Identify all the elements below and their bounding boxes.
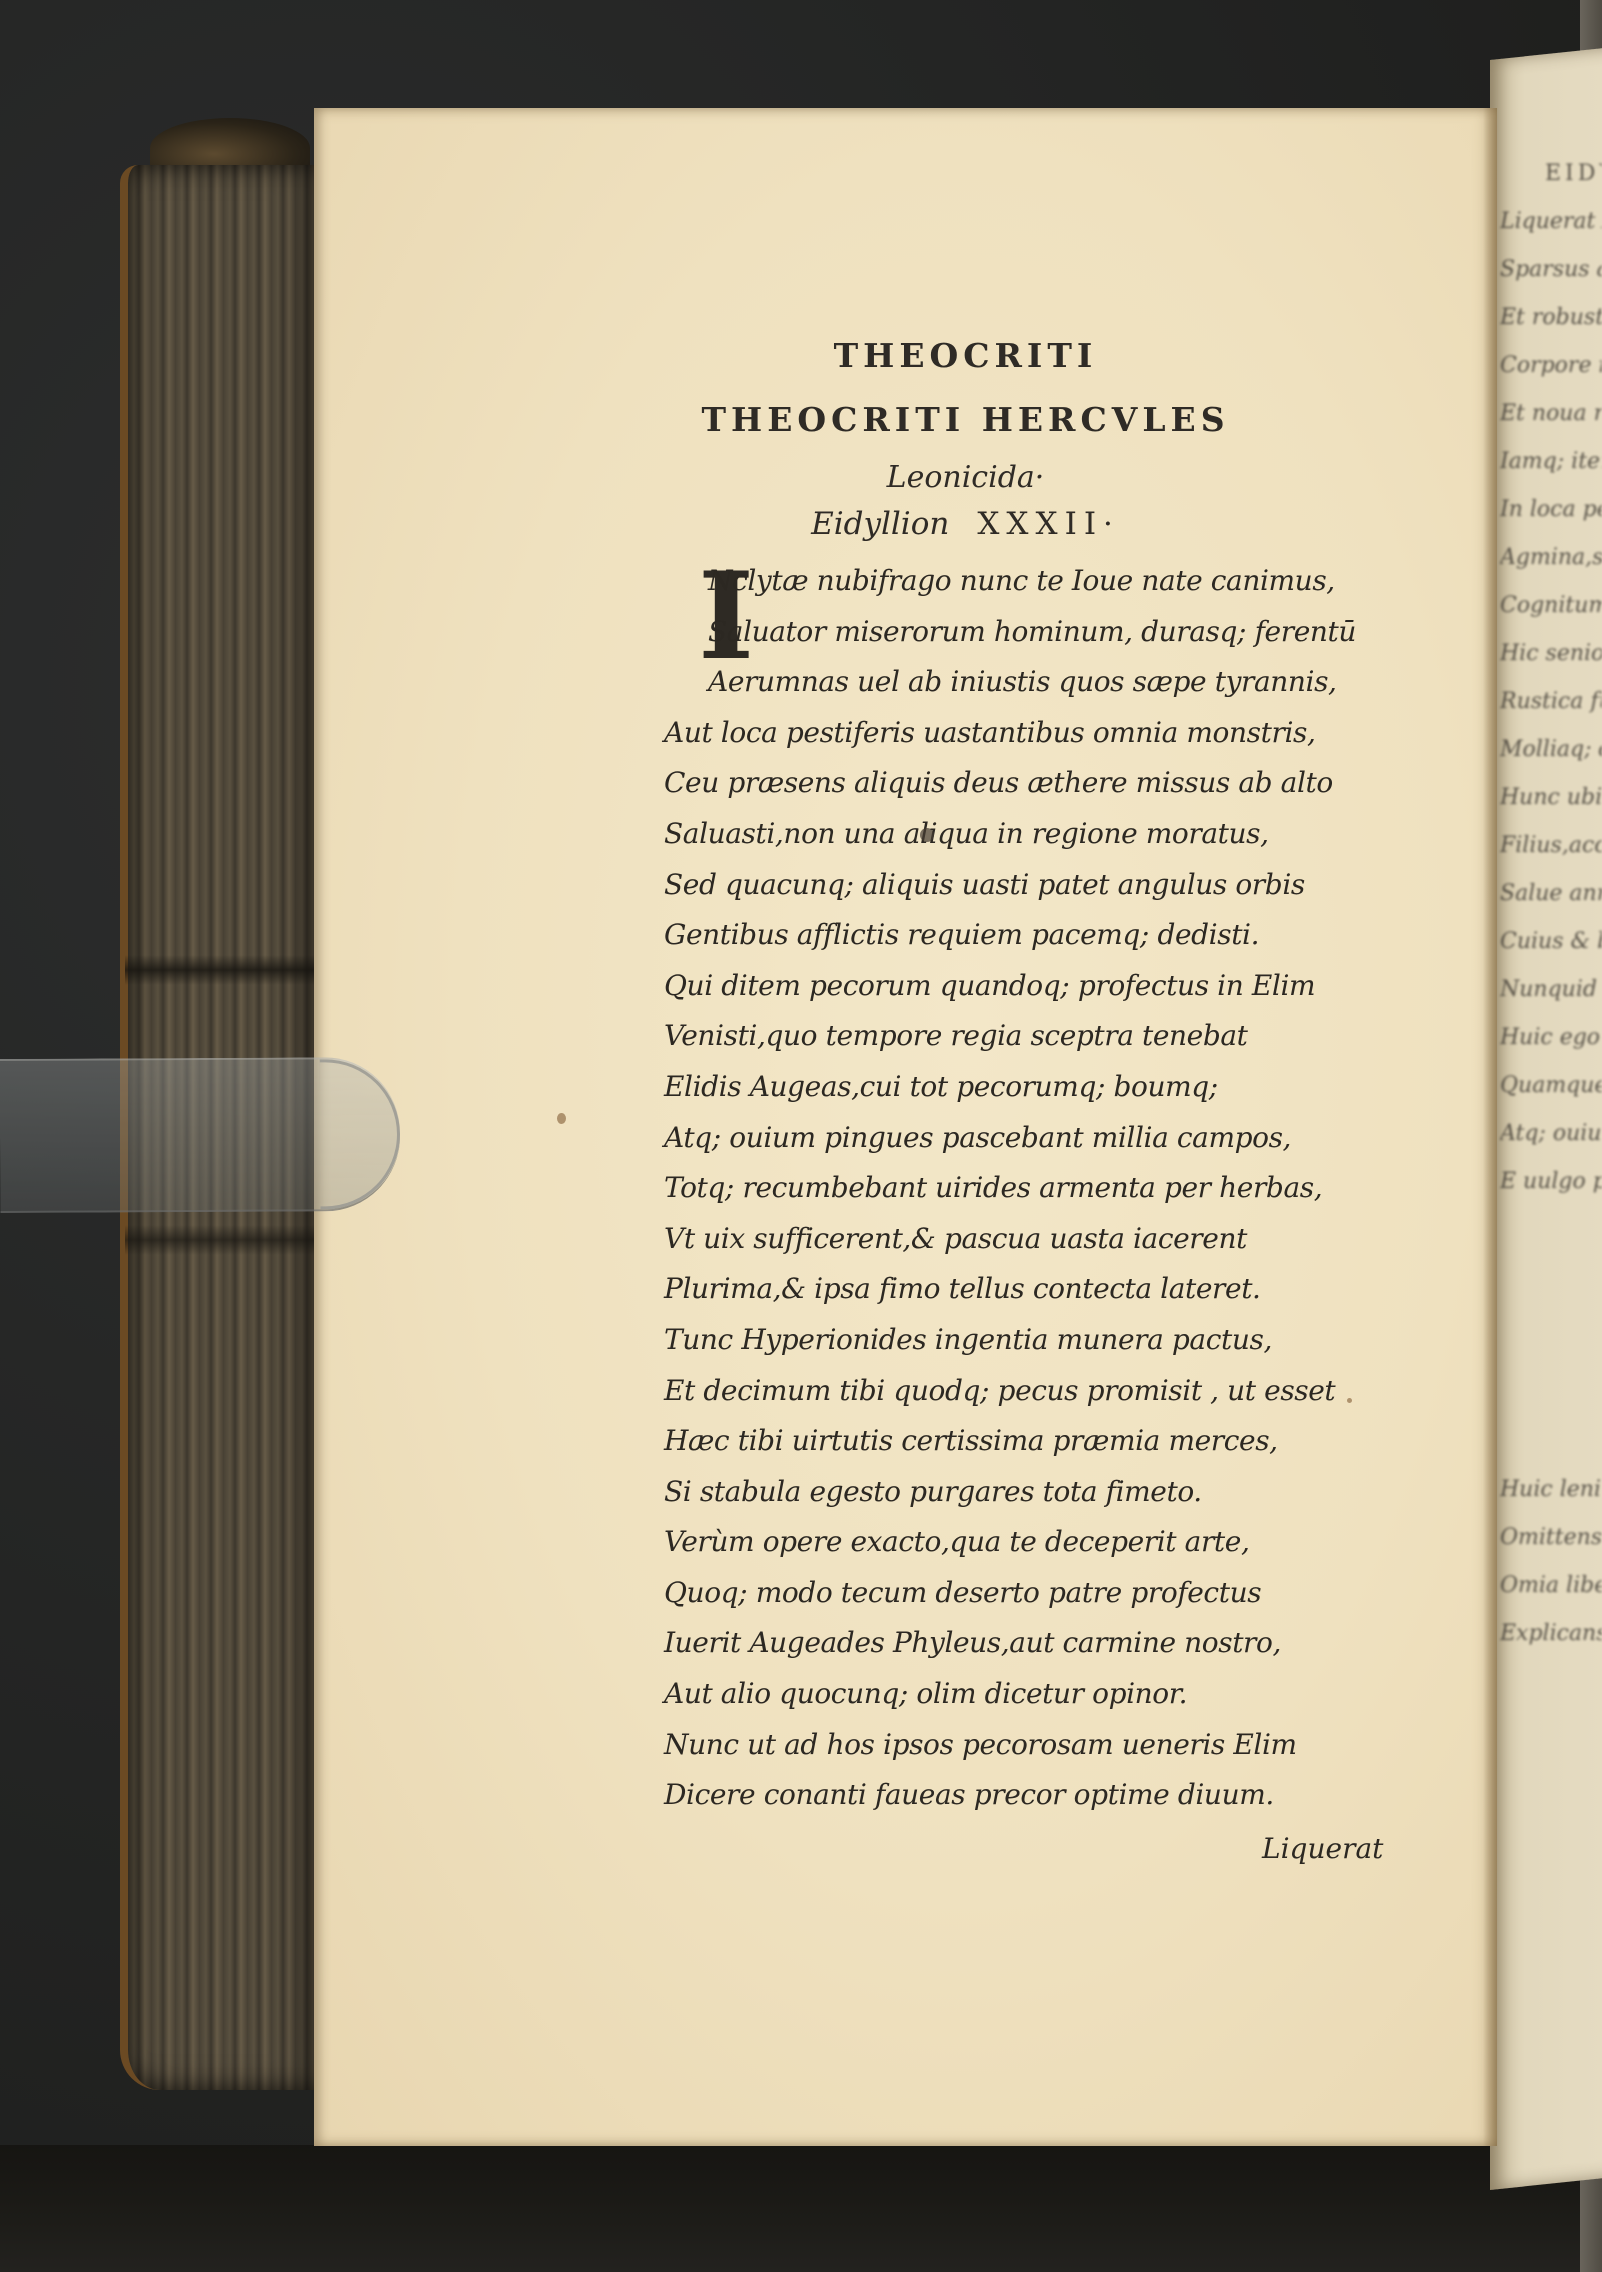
facing-line: Omittens,pulsu bbox=[1500, 1514, 1602, 1562]
facing-line: Cuius & bos bbox=[1500, 918, 1602, 966]
facing-line: Et robusta nimis bbox=[1500, 294, 1602, 342]
verse-line: Plurima,& ipsa fimo tellus contecta late… bbox=[664, 1264, 1464, 1315]
transparent-bookmark bbox=[0, 1057, 400, 1213]
foxing-spot bbox=[1347, 1398, 1352, 1403]
facing-line: Huic lenior,quod bbox=[1500, 1466, 1602, 1514]
verse-line: Vt uix sufficerent,& pascua uasta iacere… bbox=[664, 1214, 1464, 1265]
facing-line: Explicans,sua bbox=[1500, 1610, 1602, 1658]
verse-line: Qui ditem pecorum quandoq; profectus in … bbox=[664, 961, 1464, 1012]
verse-line: Elidis Augeas,cui tot pecorumq; boumq; bbox=[664, 1062, 1464, 1113]
facing-line: Salue annose bbox=[1500, 870, 1602, 918]
verse-line: Saluator miserorum hominum, durasq; fere… bbox=[664, 607, 1464, 658]
verse-line: Si stabula egesto purgares tota fimeto. bbox=[664, 1467, 1464, 1518]
facing-line: Iamq; iter accede bbox=[1500, 438, 1602, 486]
verse-line: Tunc Hyperionides ingentia munera pactus… bbox=[664, 1315, 1464, 1366]
verse-line: Aut loca pestiferis uastantibus omnia mo… bbox=[664, 708, 1464, 759]
fore-edge-crease bbox=[125, 955, 315, 985]
verse-line: Venisti,quo tempore regia sceptra teneba… bbox=[664, 1011, 1464, 1062]
verse-line: Dicere conanti faueas precor optime diuu… bbox=[664, 1770, 1464, 1821]
verse-line: Atq; ouium pingues pascebant millia camp… bbox=[664, 1113, 1464, 1164]
facing-running-head: EIDYL bbox=[1500, 150, 1602, 198]
verse-line: Verùm opere exacto,qua te deceperit arte… bbox=[664, 1517, 1464, 1568]
poem-title: THEOCRITI HERCVLES bbox=[314, 400, 1497, 439]
verse-line: Nclytæ nubifrago nunc te Ioue nate canim… bbox=[664, 556, 1464, 607]
facing-line: Corpore iustus bbox=[1500, 342, 1602, 390]
verse-line: Aut alio quocunq; olim dicetur opinor. bbox=[664, 1669, 1464, 1720]
verse-line: Aerumnas uel ab iniustis quos sæpe tyran… bbox=[664, 657, 1464, 708]
facing-line: Nunquid opus bbox=[1500, 966, 1602, 1014]
facing-line: Filius,accedens bbox=[1500, 822, 1602, 870]
verse-line: Et decimum tibi quodq; pecus promisit , … bbox=[664, 1366, 1464, 1417]
foxing-spot bbox=[920, 828, 934, 842]
facing-line: Omia liberius bbox=[1500, 1562, 1602, 1610]
verse-line: Saluasti,non una aliqua in regione morat… bbox=[664, 809, 1464, 860]
facing-line: E uulgo possit, bbox=[1500, 1158, 1602, 1206]
facing-line: Agmina,sed nun bbox=[1500, 534, 1602, 582]
verse-line: Iuerit Augeades Phyleus,aut carmine nost… bbox=[664, 1618, 1464, 1669]
facing-gap bbox=[1500, 1206, 1602, 1466]
facing-line: Liquerat Alcid bbox=[1500, 198, 1602, 246]
facing-line: Huic ego plura bbox=[1500, 1014, 1602, 1062]
poem-verses: Nclytæ nubifrago nunc te Ioue nate canim… bbox=[664, 556, 1464, 1821]
facing-line: Hic senior uer bbox=[1500, 630, 1602, 678]
fore-edge-crease bbox=[125, 1225, 315, 1255]
facing-line: Cognitum ut bbox=[1500, 582, 1602, 630]
facing-line: Atq; ouium,certe bbox=[1500, 1110, 1602, 1158]
page-text-block: THEOCRITI THEOCRITI HERCVLES Leonicida· … bbox=[314, 108, 1497, 2146]
poem-number: EidyllionXXXII· bbox=[314, 506, 1497, 542]
poem-subtitle: Leonicida· bbox=[314, 460, 1497, 495]
verse-line: Ceu præsens aliquis deus æthere missus a… bbox=[664, 758, 1464, 809]
verse-line: Hæc tibi uirtutis certissima præmia merc… bbox=[664, 1416, 1464, 1467]
facing-line: Molliaq; dulcibus bbox=[1500, 726, 1602, 774]
verse-line: Gentibus afflictis requiem pacemq; dedis… bbox=[664, 910, 1464, 961]
verse-line: Totq; recumbebant uirides armenta per he… bbox=[664, 1163, 1464, 1214]
verse-line: Nunc ut ad hos ipsos pecorosam ueneris E… bbox=[664, 1720, 1464, 1771]
facing-line: Quamque mane bbox=[1500, 1062, 1602, 1110]
verse-line: Quoq; modo tecum deserto patre profectus bbox=[664, 1568, 1464, 1619]
facing-line: In loca peruenit bbox=[1500, 486, 1602, 534]
facing-page-text: EIDYL Liquerat Alcid Sparsus adhuc Et ro… bbox=[1500, 150, 1602, 1658]
facing-line: Rustica fungebat bbox=[1500, 678, 1602, 726]
facing-line: Sparsus adhuc bbox=[1500, 246, 1602, 294]
foxing-spot bbox=[557, 1113, 566, 1124]
facing-line: Et noua maturu bbox=[1500, 390, 1602, 438]
facing-line: Hunc ubi conspica bbox=[1500, 774, 1602, 822]
poem-number-label: Eidyllion bbox=[811, 506, 949, 542]
catchword: Liquerat bbox=[1262, 1832, 1383, 1865]
running-head: THEOCRITI bbox=[314, 336, 1497, 375]
table-surface bbox=[0, 2145, 1602, 2272]
poem-number-value: XXXII· bbox=[977, 506, 1120, 542]
book-page: THEOCRITI THEOCRITI HERCVLES Leonicida· … bbox=[314, 108, 1497, 2146]
verse-line: Sed quacunq; aliquis uasti patet angulus… bbox=[664, 860, 1464, 911]
